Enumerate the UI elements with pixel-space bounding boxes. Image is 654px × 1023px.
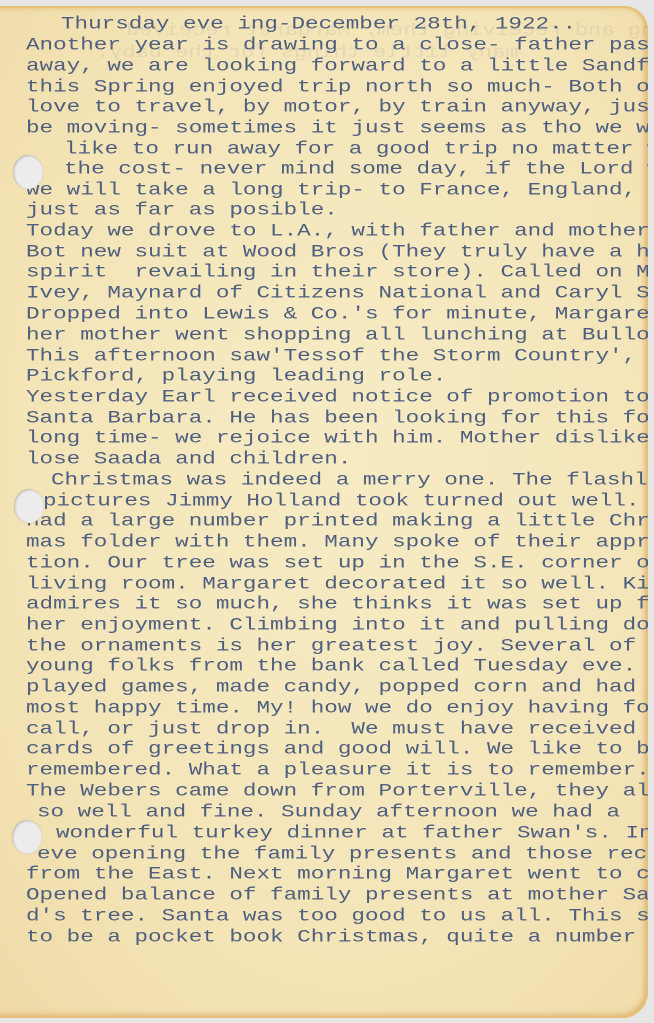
text-line: cards of greetings and good will. We lik… [26,741,648,757]
text-line: d's tree. Santa was too good to us all. … [26,908,648,924]
text-line: This afternoon saw'Tessof the Storm Coun… [26,348,648,364]
text-line: pictures Jimmy Holland took turned out w… [43,493,648,509]
text-line: Christmas was indeed a merry one. The fl… [51,472,648,488]
text-line: from the East. Next morning Margaret wen… [26,866,648,882]
text-line: Dropped into Lewis & Co.'s for minute, M… [26,306,648,322]
text-line: Pickford, playing leading role. [26,368,446,384]
text-line: living room. Margaret decorated it so we… [26,576,648,592]
text-line: so well and fine. Sunday afternoon we ha… [37,804,620,820]
punch-hole [13,155,43,189]
text-line: Opened balance of family presents at mot… [26,887,648,903]
text-line: Today we drove to L.A., with father and … [26,223,648,239]
text-line: most happy time. My! how we do enjoy hav… [26,700,648,716]
text-line: this Spring enjoyed trip north so much- … [26,79,648,95]
text-line: Thursday eve ing-December 28th, 1922.. [61,16,576,32]
text-line: Yesterday Earl received notice of promot… [26,389,648,405]
punch-hole [14,489,44,523]
text-line: tion. Our tree was set up in the S.E. co… [26,555,648,571]
text-line: admires it so much, she thinks it was se… [26,596,648,612]
text-line: long time- we rejoice with him. Mother d… [26,430,648,446]
text-line: the ornaments is her greatest joy. Sever… [26,638,648,654]
text-line: remembered. What a pleasure it is to rem… [26,762,648,778]
text-line: her mother went shopping all lunching at… [26,327,648,343]
text-line: Santa Barbara. He has been looking for t… [26,410,648,426]
text-line: just as far as posible. [26,202,338,218]
text-line: wonderful turkey dinner at father Swan's… [56,825,648,841]
text-line: mas folder with them. Many spoke of thei… [26,534,648,550]
text-line: like to run away for a good trip no matt… [64,141,648,157]
text-line: love to travel, by motor, by train anywa… [26,99,648,115]
text-line: away, we are looking forward to a little… [26,58,648,74]
text-line: her enjoyment. Climbing into it and pull… [26,617,648,633]
text-line: call, or just drop in. We must have rece… [26,721,648,737]
text-line: lose Saada and children. [26,451,351,467]
text-line: eve opening the family presents and thos… [37,846,648,862]
text-line: Bot new suit at Wood Bros (They truly ha… [26,244,648,260]
text-line: the cost- never mind some day, if the Lo… [64,161,648,177]
text-line: Another year is drawing to a close- fath… [26,37,648,53]
text-line: to be a pocket book Christmas, quite a n… [26,929,648,945]
text-line: we will take a long trip- to France, Eng… [26,182,648,198]
punch-hole [12,820,42,854]
text-line: young folks from the bank called Tuesday… [26,658,648,674]
text-line: The Webers came down from Porterville, t… [26,783,648,799]
text-line: be moving- sometimes it just seems as th… [26,120,648,136]
text-line: had a large number printed making a litt… [26,513,648,529]
text-line: played games, made candy, popped corn an… [26,679,648,695]
text-line: spirit revailing in their store). Called… [26,264,648,280]
text-line: Ivey, Maynard of Citizens National and C… [26,285,648,301]
diary-card: needing and receiving them, Margaret rec… [0,6,648,1018]
